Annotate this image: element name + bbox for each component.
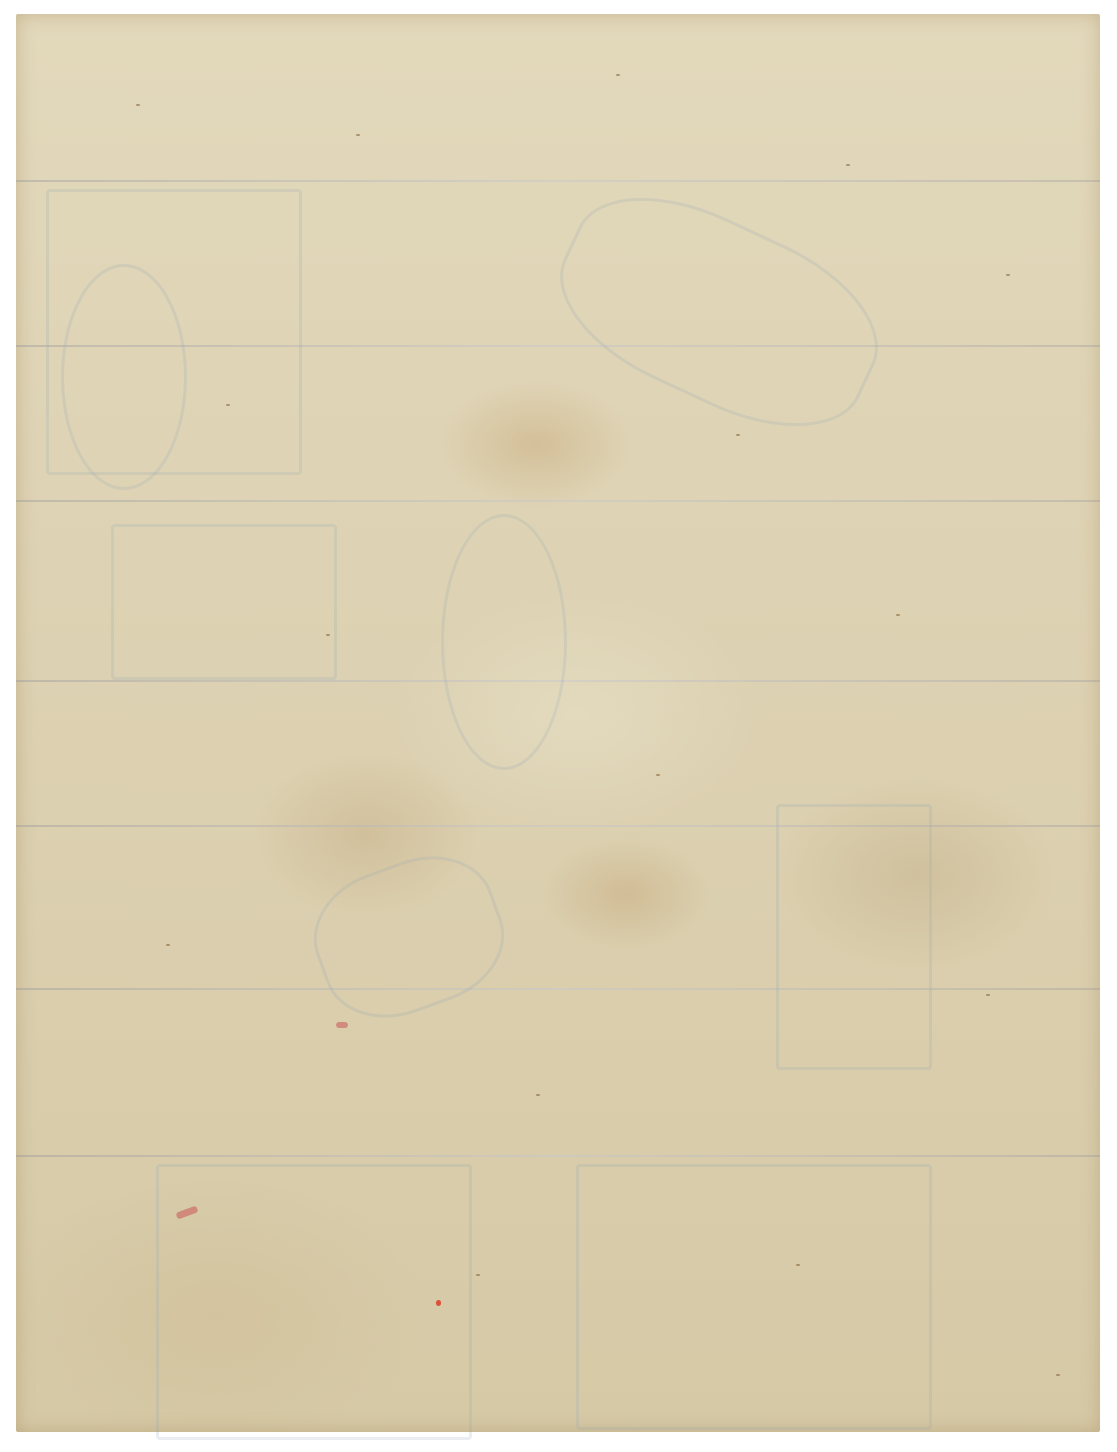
fold-line <box>16 988 1100 990</box>
fiber-speck <box>226 404 230 406</box>
fold-line <box>16 500 1100 502</box>
show-through-frame <box>111 524 337 680</box>
fiber-speck <box>326 634 330 636</box>
fiber-speck <box>796 1264 800 1266</box>
show-through-oval <box>441 514 567 770</box>
show-through-frame <box>576 1164 932 1430</box>
fiber-speck <box>616 74 620 76</box>
show-through-oval <box>61 264 187 490</box>
fiber-speck <box>846 164 850 166</box>
fold-line <box>16 825 1100 827</box>
fiber-speck <box>1006 274 1010 276</box>
fold-line <box>16 1155 1100 1157</box>
show-through-frame <box>156 1164 472 1440</box>
fiber-speck <box>476 1274 480 1276</box>
fiber-speck <box>136 104 140 106</box>
fiber-speck <box>986 994 990 996</box>
fiber-speck <box>656 774 660 776</box>
fiber-speck <box>536 1094 540 1096</box>
red-mark <box>336 1022 348 1028</box>
fiber-speck <box>356 134 360 136</box>
fiber-speck <box>1056 1374 1060 1376</box>
show-through-frame <box>776 804 932 1070</box>
show-through-shape <box>297 837 522 1038</box>
red-mark <box>436 1300 441 1306</box>
show-through-shape <box>534 163 904 460</box>
fiber-speck <box>896 614 900 616</box>
aged-paper-sheet <box>16 14 1100 1432</box>
fold-line <box>16 180 1100 182</box>
fiber-speck <box>166 944 170 946</box>
fiber-speck <box>736 434 740 436</box>
